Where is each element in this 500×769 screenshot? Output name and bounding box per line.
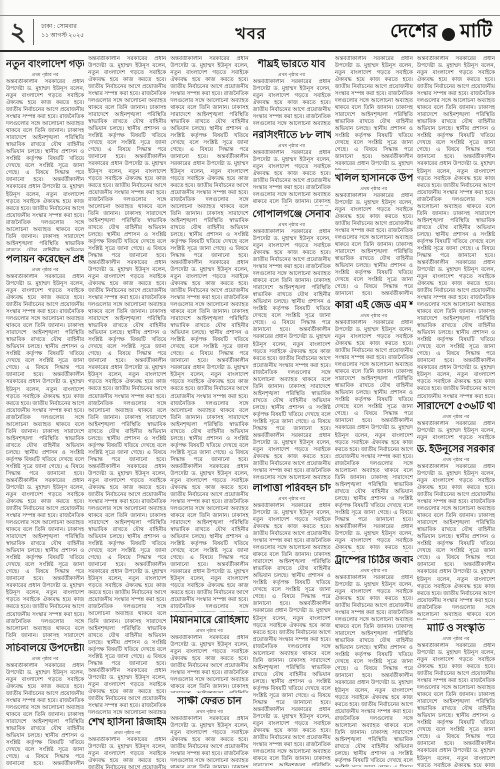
news-column-2: অন্তর্বর্তীকালীন সরকারের প্রধান উপদেষ্টা… <box>88 56 166 769</box>
news-column-1: নতুন বাংলাদেশ গড়তেপ্রথম পৃষ্ঠার পরঅন্তর… <box>6 56 84 769</box>
newspaper-masthead: দেশের মাটি <box>390 17 492 49</box>
continued-from-page-one-label: প্রথম পৃষ্ঠার পর <box>6 656 84 662</box>
story-headline: নতুন বাংলাদেশ গড়তে <box>6 59 84 71</box>
top-rule <box>0 15 500 16</box>
story-body-text: অন্তর্বর্তীকালীন সরকারের প্রধান উপদেষ্টা… <box>253 503 331 766</box>
story-headline: ড. ইউনূসের সরকারকে <box>417 444 495 456</box>
continued-from-page-one-label: প্রথম পৃষ্ঠার পর <box>170 628 248 634</box>
story-body-text: অন্তর্বর্তীকালীন সরকারের প্রধান উপদেষ্টা… <box>6 663 84 767</box>
section-title: খবর <box>235 21 266 48</box>
continued-from-page-one-label: প্রথম পৃষ্ঠার পর <box>335 186 413 192</box>
story-headline: নরসিংদীতে ৮৮ লাখ <box>253 130 331 142</box>
story-body-text: অন্তর্বর্তীকালীন সরকারের প্রধান উপদেষ্টা… <box>6 79 84 251</box>
news-columns: নতুন বাংলাদেশ গড়তেপ্রথম পৃষ্ঠার পরঅন্তর… <box>6 56 495 769</box>
story-body-text: অন্তর্বর্তীকালীন সরকারের প্রধান উপদেষ্টা… <box>335 193 413 297</box>
masthead-word-left: দেশের <box>390 17 437 49</box>
folio-block: ২ ঢাকা : সোমবার ১১ আগস্ট ২০২৫ <box>10 17 84 47</box>
dateline-city-day: ঢাকা : সোমবার <box>41 23 84 32</box>
story-headline: শীঘ্রই ভারতে যাব <box>253 59 331 71</box>
page-header: ২ ঢাকা : সোমবার ১১ আগস্ট ২০২৫ খবর দেশের … <box>10 17 492 50</box>
news-column-3: অন্তর্বর্তীকালীন সরকারের প্রধান উপদেষ্টা… <box>170 56 248 769</box>
story-headline: পলায়ন করেছেন প্রধান <box>6 254 84 266</box>
continued-from-page-one-label: প্রথম পৃষ্ঠার পর <box>88 730 166 736</box>
story-headline: সাক্ষী ফেরত চান <box>170 696 248 708</box>
story-headline: ট্রাম্পের চিঠির জবাব <box>335 555 413 567</box>
story-headline: লাপাত্তা পরিবহন চাঁদাবাজরা <box>253 483 331 495</box>
story-body-text: অন্তর্বর্তীকালীন সরকারের প্রধান উপদেষ্টা… <box>88 56 166 714</box>
continued-from-page-one-label: প্রথম পৃষ্ঠার পর <box>253 143 331 149</box>
story-body-text: অন্তর্বর্তীকালীন সরকারের প্রধান উপদেষ্টা… <box>335 575 413 767</box>
continued-from-page-one-label: প্রথম পৃষ্ঠার পর <box>335 313 413 319</box>
continued-from-page-one-label: প্রথম পৃষ্ঠার পর <box>417 636 495 642</box>
news-column-5: অন্তর্বর্তীকালীন সরকারের প্রধান উপদেষ্টা… <box>335 56 413 769</box>
story-body-text: অন্তর্বর্তীকালীন সরকারের প্রধান উপদেষ্টা… <box>335 56 413 170</box>
story-body-text: অন্তর্বর্তীকালীন সরকারের প্রধান উপদেষ্টা… <box>88 737 166 769</box>
scan-edge-shadow <box>0 0 5 769</box>
story-body-text: অন্তর্বর্তীকালীন সরকারের প্রধান উপদেষ্টা… <box>170 56 248 612</box>
continued-from-page-one-label: প্রথম পৃষ্ঠার পর <box>253 72 331 78</box>
story-body-text: অন্তর্বর্তীকালীন সরকারের প্রধান উপদেষ্টা… <box>253 229 331 480</box>
continued-from-page-one-label: প্রথম পৃষ্ঠার পর <box>417 457 495 463</box>
story-headline: গোপালগঞ্জে সেনাবাহিনীর <box>253 209 331 221</box>
continued-from-page-one-label: প্রথম পৃষ্ঠার পর <box>6 267 84 273</box>
story-body-text: অন্তর্বর্তীকালীন সরকারের প্রধান উপদেষ্টা… <box>417 421 495 441</box>
story-headline: কারা এই জেড এম শম্ভু <box>335 300 413 312</box>
dateline: ঢাকা : সোমবার ১১ আগস্ট ২০২৫ <box>41 23 84 41</box>
dateline-date: ১১ আগস্ট ২০২৫ <box>41 32 84 41</box>
masthead-globe-icon <box>442 28 455 41</box>
story-headline: সচিবালয়ে উপদেষ্টাদের <box>6 643 84 655</box>
story-headline: শেখ হাসিনা রিজাইম <box>88 717 166 729</box>
continued-from-page-one-label: প্রথম পৃষ্ঠার পর <box>253 222 331 228</box>
story-headline: মিয়ানমারে রোহিঙ্গাদের <box>170 615 248 627</box>
news-column-6: অন্তর্বর্তীকালীন সরকারের প্রধান উপদেষ্টা… <box>417 56 495 769</box>
story-body-text: অন্তর্বর্তীকালীন সরকারের প্রধান উপদেষ্টা… <box>417 643 495 767</box>
story-body-text: অন্তর্বর্তীকালীন সরকারের প্রধান উপদেষ্টা… <box>417 464 495 620</box>
header-rule <box>0 50 500 52</box>
story-body-text: অন্তর্বর্তীকালীন সরকারের প্রধান উপদেষ্টা… <box>335 320 413 552</box>
story-body-text: অন্তর্বর্তীকালীন সরকারের প্রধান উপদেষ্টা… <box>253 150 331 206</box>
page-number: ২ <box>10 20 26 45</box>
story-body-text: অন্তর্বর্তীকালীন সরকারের প্রধান উপদেষ্টা… <box>170 635 248 693</box>
news-column-4: শীঘ্রই ভারতে যাবপ্রথম পৃষ্ঠার পরঅন্তর্বর… <box>253 56 331 769</box>
story-body-text: অন্তর্বর্তীকালীন সরকারের প্রধান উপদেষ্টা… <box>253 79 331 127</box>
continued-from-page-one-label: প্রথম পৃষ্ঠার পর <box>335 568 413 574</box>
continued-from-page-one-label: প্রথম পৃষ্ঠার পর <box>170 709 248 715</box>
story-body-text: অন্তর্বর্তীকালীন সরকারের প্রধান উপদেষ্টা… <box>417 56 495 398</box>
story-headline: সারাদেশে ৫৩৬টি থানার <box>417 401 495 413</box>
continued-from-page-one-label: প্রথম পৃষ্ঠার পর <box>253 496 331 502</box>
story-headline: মাটি ও সংস্কৃতি <box>417 623 495 635</box>
folio-divider <box>33 19 34 45</box>
masthead-word-right: মাটি <box>460 17 492 49</box>
continued-from-page-one-label: প্রথম পৃষ্ঠার পর <box>417 414 495 420</box>
continued-from-page-one-label: প্রথম পৃষ্ঠার পর <box>6 72 84 78</box>
story-headline: খলিল হাসানকে উপদেষ্টা <box>335 173 413 185</box>
story-body-text: অন্তর্বর্তীকালীন সরকারের প্রধান উপদেষ্টা… <box>170 716 248 768</box>
story-body-text: অন্তর্বর্তীকালীন সরকারের প্রধান উপদেষ্টা… <box>6 274 84 640</box>
